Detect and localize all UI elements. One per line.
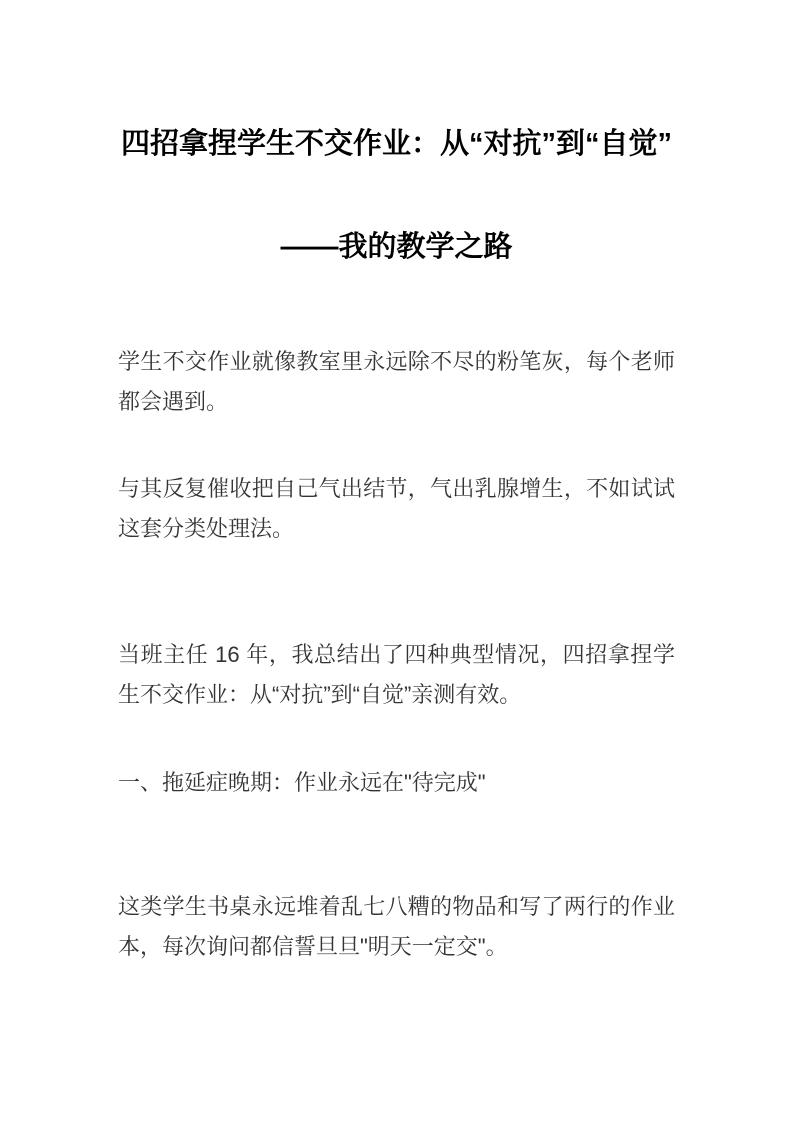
- paragraph-section1-body: 这类学生书桌永远堆着乱七八糟的物品和写了两行的作业本，每次询问都信誓旦旦"明天一…: [118, 887, 675, 967]
- document-title-line1: 四招拿捏学生不交作业：从“对抗”到“自觉”: [118, 125, 675, 163]
- paragraph-intro: 学生不交作业就像教室里永远除不尽的粉笔灰，每个老师都会遇到。: [118, 342, 675, 422]
- section-heading-1: 一、拖延症晚期：作业永远在"待完成": [118, 763, 675, 803]
- paragraph-advice: 与其反复催收把自己气出结节，气出乳腺增生，不如试试这套分类处理法。: [118, 469, 675, 549]
- paragraph-experience: 当班主任 16 年，我总结出了四种典型情况，四招拿捏学生不交作业：从“对抗”到“…: [118, 635, 675, 715]
- document-page: 四招拿捏学生不交作业：从“对抗”到“自觉” ——我的教学之路 学生不交作业就像教…: [0, 0, 793, 1122]
- document-title-line2: ——我的教学之路: [118, 228, 675, 266]
